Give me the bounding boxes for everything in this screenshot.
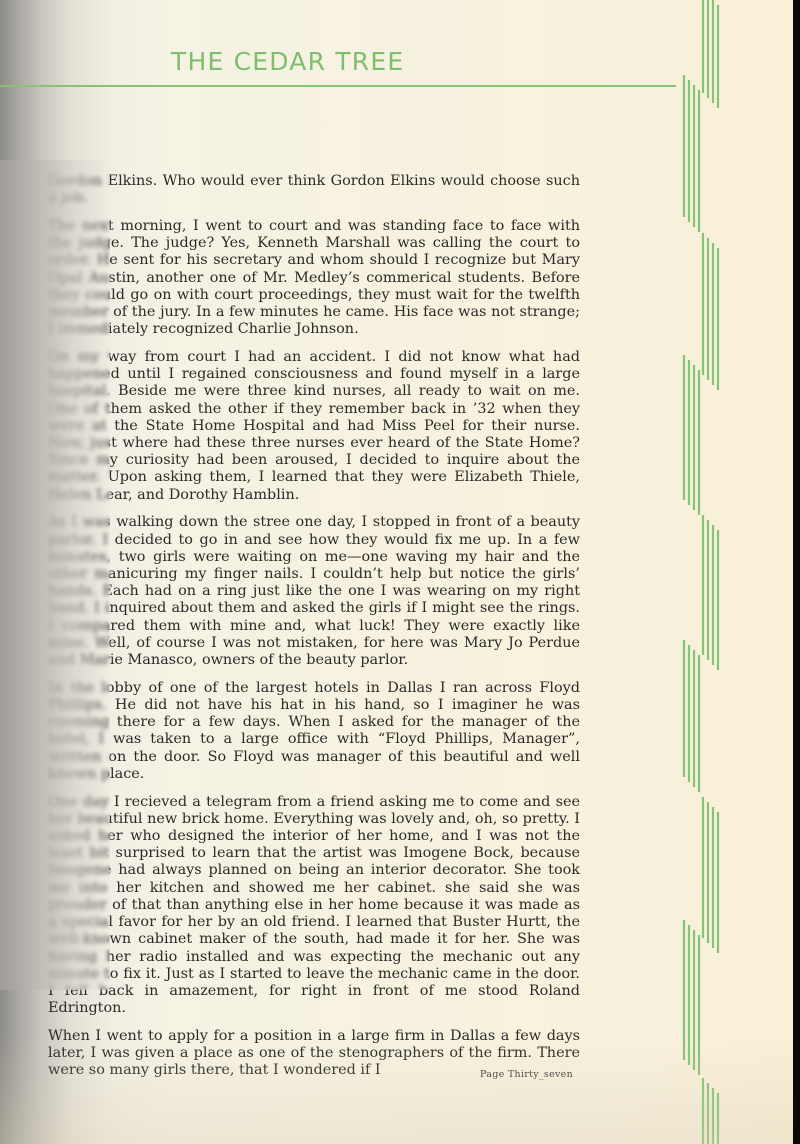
page-number: Page Thirty_seven [480,1069,573,1080]
paragraph: On my way from court I had an accident. … [48,349,580,504]
book-page: THE CEDAR TREE Gordon Elkins. Who would … [0,0,793,1144]
header-rule [0,85,676,87]
paragraph: The next morning, I went to court and wa… [48,218,580,338]
paragraph: One day I recieved a telegram from a fri… [48,794,580,1018]
paragraph: Gordon Elkins. Who would ever think Gord… [48,173,580,207]
paragraph: In the lobby of one of the largest hotel… [48,680,580,783]
paragraph: As I was walking down the stree one day,… [48,514,580,669]
running-head-title: THE CEDAR TREE [171,47,404,76]
article-body: Gordon Elkins. Who would ever think Gord… [48,173,580,1090]
